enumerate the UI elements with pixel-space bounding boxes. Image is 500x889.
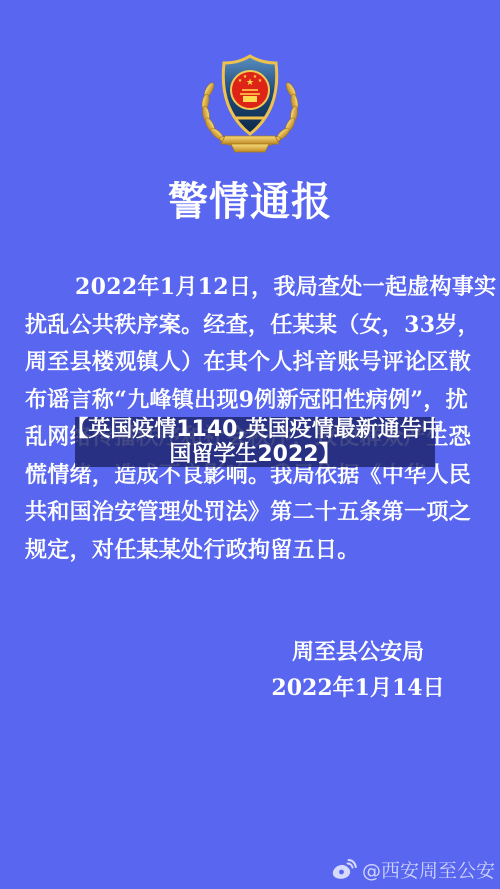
- notice-line: 规定，对任某某处行政拘留五日。: [25, 532, 477, 570]
- caption-line: 【英国疫情1140,英国疫情最新通告中: [66, 417, 444, 442]
- issue-date: 2022年1月14日: [216, 677, 500, 699]
- caption-overlay: 【英国疫情1140,英国疫情最新通告中 国留学生2022】: [75, 417, 435, 467]
- watermark: @西安周至公安: [331, 856, 495, 883]
- notice-line: 2022年1月12日，我局查处一起虚构事实: [25, 269, 477, 307]
- notice-line: 周至县楼观镇人）在其个人抖音账号评论区散: [25, 344, 477, 382]
- tiananmen-gate: [243, 96, 257, 102]
- weibo-logo-icon: [331, 859, 357, 881]
- notice-line: 扰乱公共秩序案。经查，任某某（女，33岁，: [25, 307, 477, 345]
- signature-block: 周至县公安局 2022年1月14日: [216, 641, 500, 699]
- badge-base-lower: [231, 144, 269, 152]
- notice-line: 布谣言称“九峰镇出现9例新冠阳性病例”，扰: [25, 382, 477, 420]
- emblem-star: ★: [243, 74, 248, 80]
- notice-line: 共和国治安管理处罚法》第二十五条第一项之: [25, 494, 477, 532]
- watermark-handle: @西安周至公安: [362, 856, 495, 883]
- badge-base: [221, 136, 279, 144]
- emblem-star: ★: [258, 78, 263, 84]
- issuing-agency: 周至县公安局: [216, 641, 500, 663]
- police-badge-icon: ★ ★ ★ ★ ★: [195, 52, 305, 155]
- page-title: 警情通报: [0, 170, 500, 227]
- police-notice-poster: ★ ★ ★ ★ ★ 警情通报 2022年1月12日，我局查处一起虚构事实 扰乱公…: [0, 0, 500, 889]
- caption-line: 国留学生2022】: [169, 442, 340, 467]
